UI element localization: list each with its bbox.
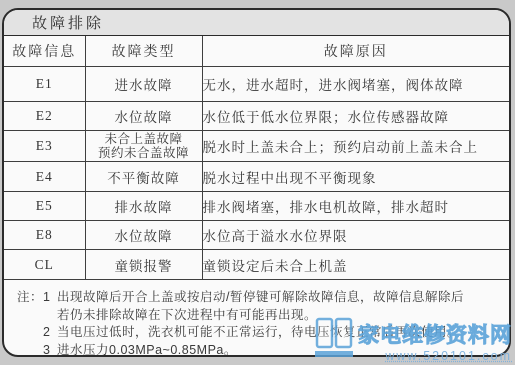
fault-code: E2 <box>4 102 85 131</box>
fault-code: E8 <box>4 221 85 250</box>
table-row: E5 排水故障 排水阀堵塞，排水电机故障，排水超时 <box>4 192 509 221</box>
fault-cause: 脱水过程中出现不平衡现象 <box>202 162 509 192</box>
footnotes-section: 注： 1 出现故障后开合上盖或按启动/暂停键可解除故障信息，故障信息解除后若仍未… <box>4 280 509 357</box>
fault-type: 不平衡故障 <box>85 162 202 192</box>
note-number: 3 <box>43 342 57 358</box>
fault-cause: 童锁设定后未合上机盖 <box>202 250 509 280</box>
note-text: 进水压力0.03MPa~0.85MPa。 <box>57 342 475 358</box>
fault-code: E5 <box>4 192 85 221</box>
fault-cause: 排水阀堵塞，排水电机故障，排水超时 <box>202 192 509 221</box>
fault-cause: 脱水时上盖未合上；预约启动前上盖未合上 <box>202 131 509 162</box>
fault-type: 未合上盖故障 预约未合盖故障 <box>85 131 202 162</box>
table-row: E3 未合上盖故障 预约未合盖故障 脱水时上盖未合上；预约启动前上盖未合上 <box>4 131 509 162</box>
table-row: E2 水位故障 水位低于低水位界限；水位传感器故障 <box>4 102 509 131</box>
section-title-bar: 故障排除 <box>4 10 509 36</box>
fault-cause: 无水，进水超时，进水阀堵塞，阀体故障 <box>202 67 509 102</box>
note-number: 1 <box>43 289 57 324</box>
fault-cause: 水位高于溢水水位界限 <box>202 221 509 250</box>
note-text: 当电压过低时，洗衣机可能不正常运行，待电压恢复正常后再次使用。 <box>57 324 475 342</box>
page-title: 故障排除 <box>32 12 104 33</box>
fault-type: 童锁报警 <box>85 250 202 280</box>
note-items: 1 出现故障后开合上盖或按启动/暂停键可解除故障信息，故障信息解除后若仍未排除故… <box>43 289 475 357</box>
fault-type: 进水故障 <box>85 67 202 102</box>
fault-code: CL <box>4 250 85 280</box>
note-item: 1 出现故障后开合上盖或按启动/暂停键可解除故障信息，故障信息解除后若仍未排除故… <box>43 289 475 324</box>
table-header-row: 故障信息 故障类型 故障原因 <box>4 36 509 67</box>
fault-type-line2: 预约未合盖故障 <box>86 146 202 160</box>
fault-cause: 水位低于低水位界限；水位传感器故障 <box>202 102 509 131</box>
table-row: CL 童锁报警 童锁设定后未合上机盖 <box>4 250 509 280</box>
fault-code: E3 <box>4 131 85 162</box>
fault-type: 水位故障 <box>85 102 202 131</box>
note-text: 出现故障后开合上盖或按启动/暂停键可解除故障信息，故障信息解除后若仍未排除故障在… <box>57 289 475 324</box>
note-item: 2 当电压过低时，洗衣机可能不正常运行，待电压恢复正常后再次使用。 <box>43 324 475 342</box>
column-header-fault-info: 故障信息 <box>4 36 85 67</box>
note-number: 2 <box>43 324 57 342</box>
table-row: E8 水位故障 水位高于溢水水位界限 <box>4 221 509 250</box>
column-header-fault-cause: 故障原因 <box>202 36 509 67</box>
fault-type: 水位故障 <box>85 221 202 250</box>
note-item: 3 进水压力0.03MPa~0.85MPa。 <box>43 342 475 358</box>
fault-code-table: 故障信息 故障类型 故障原因 E1 进水故障 无水，进水超时，进水阀堵塞，阀体故… <box>4 36 509 280</box>
fault-code: E4 <box>4 162 85 192</box>
note-label: 注： <box>17 289 43 357</box>
column-header-fault-type: 故障类型 <box>85 36 202 67</box>
table-row: E1 进水故障 无水，进水超时，进水阀堵塞，阀体故障 <box>4 67 509 102</box>
fault-code: E1 <box>4 67 85 102</box>
fault-type-line1: 未合上盖故障 <box>86 132 202 146</box>
fault-type: 排水故障 <box>85 192 202 221</box>
manual-page-panel: 故障排除 故障信息 故障类型 故障原因 E1 进水故障 无水，进水超时，进水阀堵… <box>2 8 511 357</box>
table-row: E4 不平衡故障 脱水过程中出现不平衡现象 <box>4 162 509 192</box>
